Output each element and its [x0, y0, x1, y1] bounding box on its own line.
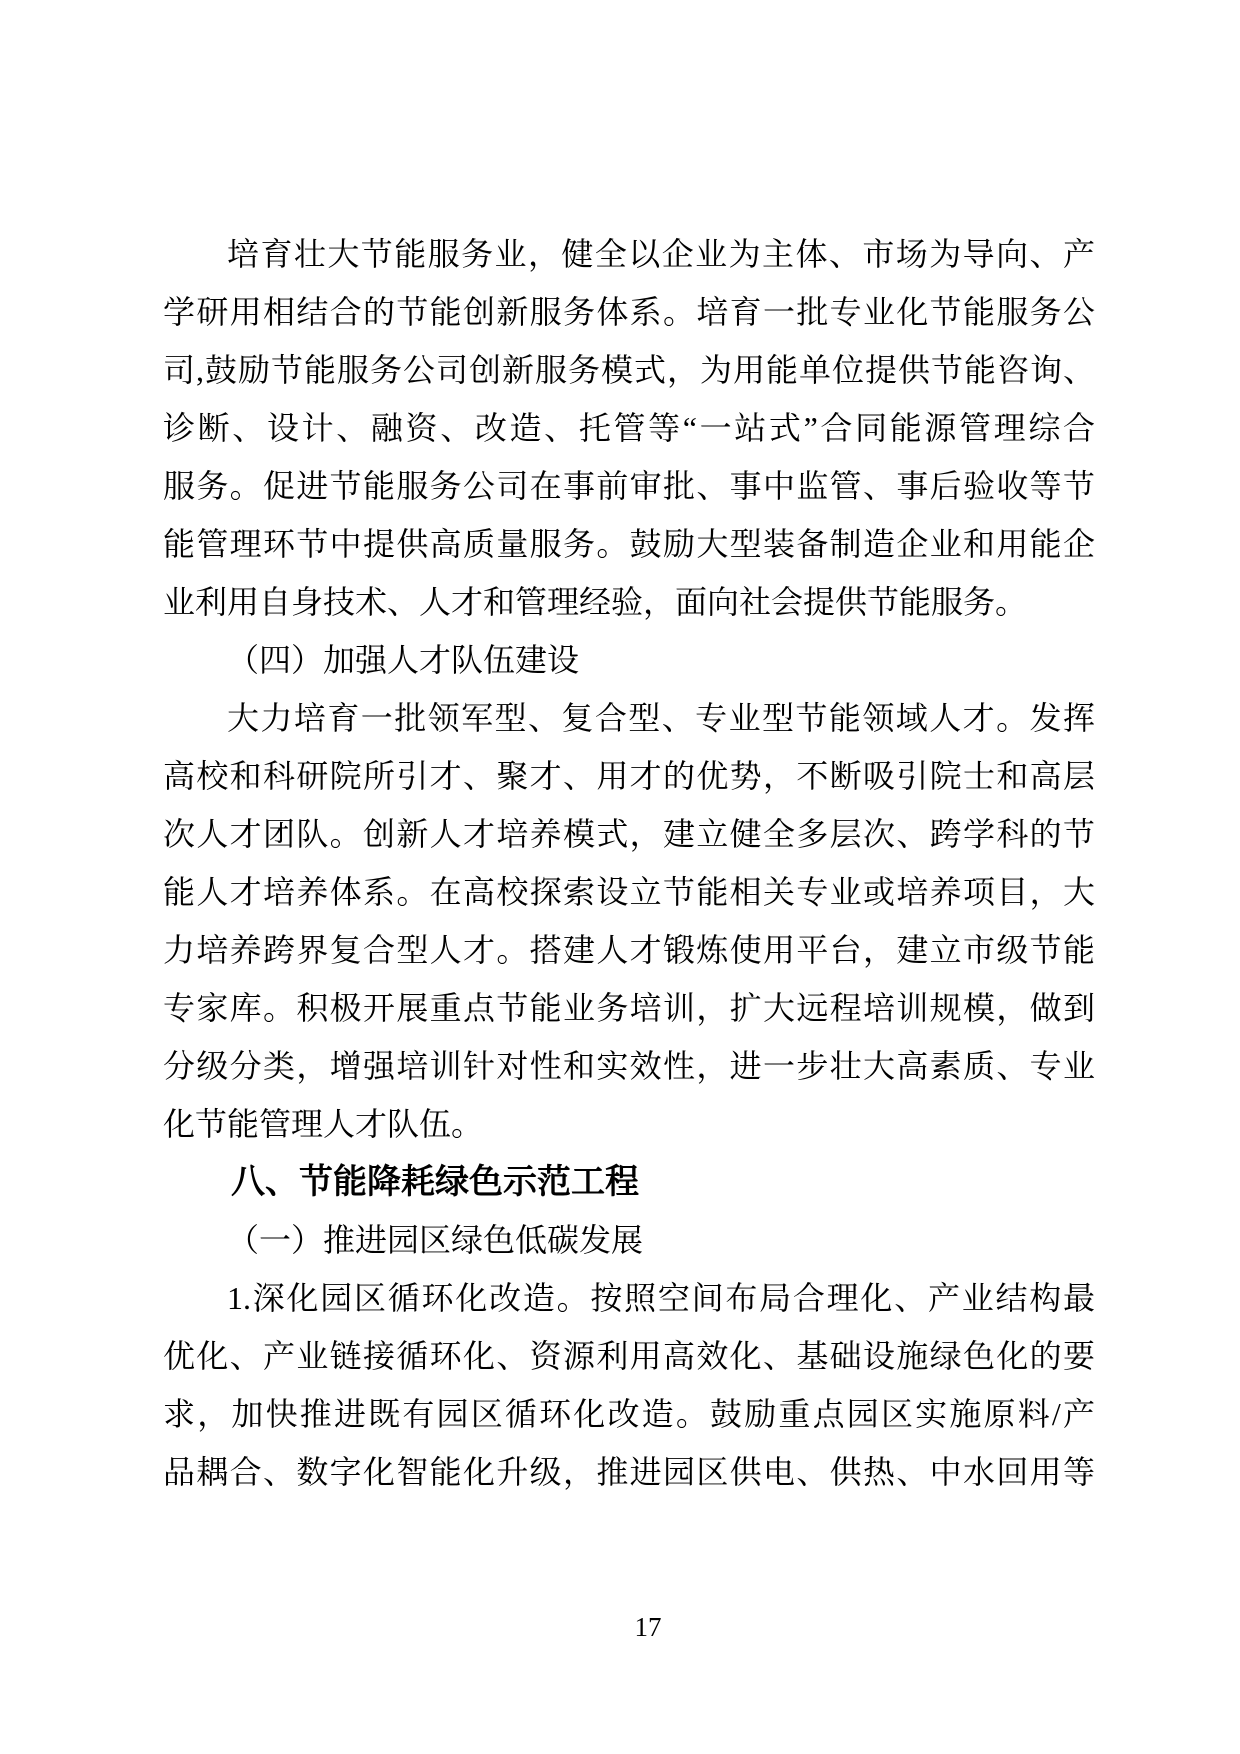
document-line: 次人才团队。创新人才培养模式，建立健全多层次、跨学科的节: [163, 805, 1095, 863]
document-line: 专家库。积极开展重点节能业务培训，扩大远程培训规模，做到: [163, 979, 1095, 1037]
document-line: 化节能管理人才队伍。: [163, 1095, 1095, 1153]
section-heading: 八、节能降耗绿色示范工程: [163, 1153, 1095, 1211]
document-line: 学研用相结合的节能创新服务体系。培育一批专业化节能服务公: [163, 283, 1095, 341]
document-line: 司,鼓励节能服务公司创新服务模式，为用能单位提供节能咨询、: [163, 341, 1095, 399]
subsection-heading: （一）推进园区绿色低碳发展: [163, 1211, 1095, 1269]
document-line: 诊断、设计、融资、改造、托管等“一站式”合同能源管理综合: [163, 399, 1095, 457]
document-line: 培育壮大节能服务业，健全以企业为主体、市场为导向、产: [163, 225, 1095, 283]
page-number: 17: [56, 1610, 1240, 1644]
document-line: 优化、产业链接循环化、资源利用高效化、基础设施绿色化的要: [163, 1327, 1095, 1385]
document-line: 高校和科研院所引才、聚才、用才的优势，不断吸引院士和高层: [163, 747, 1095, 805]
document-line: 能人才培养体系。在高校探索设立节能相关专业或培养项目，大: [163, 863, 1095, 921]
document-line: 分级分类，增强培训针对性和实效性，进一步壮大高素质、专业: [163, 1037, 1095, 1095]
document-line: 1.深化园区循环化改造。按照空间布局合理化、产业结构最: [163, 1269, 1095, 1327]
subsection-heading: （四）加强人才队伍建设: [163, 631, 1095, 689]
document-line: 能管理环节中提供高质量服务。鼓励大型装备制造企业和用能企: [163, 515, 1095, 573]
document-line: 业利用自身技术、人才和管理经验，面向社会提供节能服务。: [163, 573, 1095, 631]
document-line: 大力培育一批领军型、复合型、专业型节能领域人才。发挥: [163, 689, 1095, 747]
document-line: 品耦合、数字化智能化升级，推进园区供电、供热、中水回用等: [163, 1443, 1095, 1501]
document-line: 求，加快推进既有园区循环化改造。鼓励重点园区实施原料/产: [163, 1385, 1095, 1443]
document-line: 服务。促进节能服务公司在事前审批、事中监管、事后验收等节: [163, 457, 1095, 515]
document-page: 培育壮大节能服务业，健全以企业为主体、市场为导向、产 学研用相结合的节能创新服务…: [0, 0, 1240, 1754]
document-line: 力培养跨界复合型人才。搭建人才锻炼使用平台，建立市级节能: [163, 921, 1095, 979]
document-body: 培育壮大节能服务业，健全以企业为主体、市场为导向、产 学研用相结合的节能创新服务…: [163, 225, 1095, 1501]
